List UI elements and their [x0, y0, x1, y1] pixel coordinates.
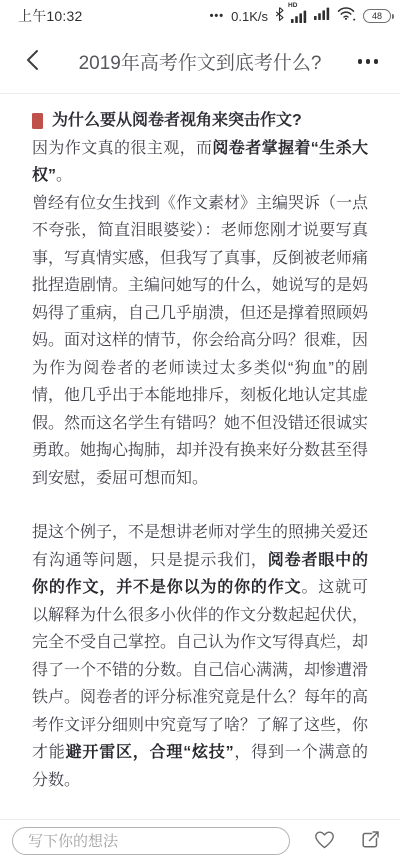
text-segment: 。这就可以解释为什么很多小伙伴的作文分数起起伏伏，完全不受自己掌控。自己认为作文… — [32, 579, 368, 761]
more-dots-icon — [358, 59, 379, 64]
section-heading: 为什么要从阅卷者视角来突击作文? — [32, 107, 368, 135]
article: 为什么要从阅卷者视角来突击作文? 因为作文真的很主观，而阅卷者掌握着“生杀大权”… — [0, 94, 400, 794]
share-button[interactable] — [356, 827, 384, 855]
header: 2019年高考作文到底考什么? — [0, 30, 400, 94]
battery-percent: 48 — [372, 11, 382, 21]
page-title: 2019年高考作文到底考什么? — [54, 48, 346, 75]
comment-input[interactable] — [12, 827, 290, 855]
status-bar: 上午10:32 ••• 0.1K/s HD — [0, 0, 400, 30]
bold-text-segment: 避开雷区，合理“炫技” — [66, 744, 234, 761]
heart-icon — [312, 828, 337, 855]
sim2-signal-icon — [314, 7, 330, 25]
sim1-signal-icon: HD — [291, 5, 307, 28]
battery-icon: 48 — [363, 9, 391, 23]
network-speed: 0.1K/s — [231, 9, 268, 24]
text-segment: 因为作文真的很主观，而 — [32, 140, 212, 157]
more-button[interactable] — [346, 40, 390, 84]
share-external-icon — [358, 828, 382, 855]
bluetooth-icon — [275, 7, 284, 26]
wifi-icon — [337, 6, 356, 26]
article-paragraph: 曾经有位女生找到《作文素材》主编哭诉（一点不夸张，简直泪眼婆娑）：老师您刚才说要… — [32, 190, 368, 493]
screen: 上午10:32 ••• 0.1K/s HD — [0, 0, 400, 866]
chevron-left-icon — [25, 49, 39, 74]
article-paragraph: 提这个例子，不是想讲老师对学生的照拂关爱还有沟通等问题，只是提示我们，阅卷者眼中… — [32, 519, 368, 794]
notification-overflow-dots-icon: ••• — [210, 10, 225, 22]
article-paragraph: 因为作文真的很主观，而阅卷者掌握着“生杀大权”。 — [32, 135, 368, 190]
back-button[interactable] — [10, 40, 54, 84]
article-body: 因为作文真的很主观，而阅卷者掌握着“生杀大权”。曾经有位女生找到《作文素材》主编… — [32, 135, 368, 795]
comment-bar — [0, 819, 400, 866]
hd-volte-label: HD — [288, 2, 297, 9]
status-time: 上午10:32 — [18, 6, 82, 26]
text-segment: 曾经有位女生找到《作文素材》主编哭诉（一点不夸张，简直泪眼婆娑）：老师您刚才说要… — [32, 195, 368, 487]
text-segment: 。 — [56, 167, 72, 184]
red-square-bullet-icon — [32, 113, 43, 129]
status-icons: ••• 0.1K/s HD — [210, 5, 391, 28]
like-button[interactable] — [310, 827, 338, 855]
section-heading-text: 为什么要从阅卷者视角来突击作文? — [52, 107, 302, 135]
